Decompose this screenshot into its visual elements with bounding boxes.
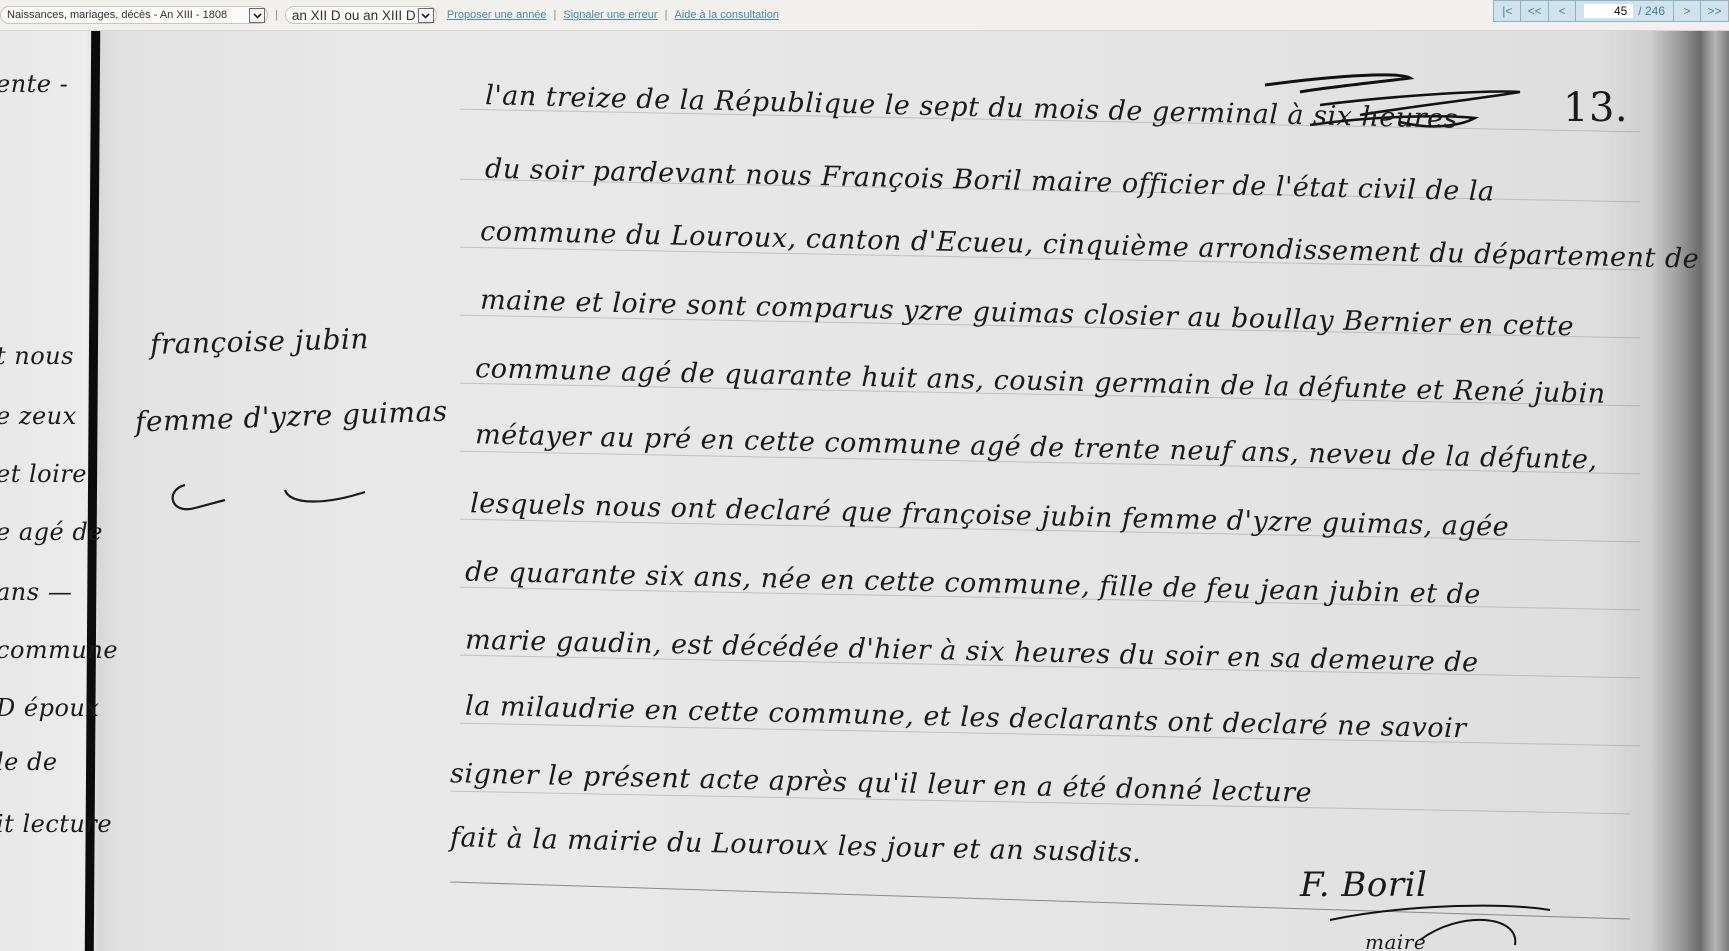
left-page-fragment: e zeux	[0, 402, 77, 430]
separator: |	[275, 9, 278, 21]
next-page-button[interactable]: >	[1674, 1, 1701, 21]
left-page-fragment: D époux	[0, 694, 99, 722]
signature-title: maire	[1365, 930, 1426, 951]
fast-back-button[interactable]: <<	[1521, 1, 1549, 21]
chevron-down-icon[interactable]	[249, 8, 265, 23]
year-select[interactable]: an XII D ou an XIII D	[285, 6, 437, 24]
left-page-fragment: commune	[0, 636, 118, 664]
left-page-fragment: ans —	[0, 578, 72, 606]
propose-year-link[interactable]: Proposer une année	[447, 9, 547, 21]
page-total: / 246	[1638, 4, 1665, 18]
register-select-value: Naissances, mariages, décès - An XIII - …	[7, 9, 247, 21]
folio-number: 13.	[1563, 85, 1628, 131]
left-page-fragment: ente -	[0, 70, 68, 98]
page-navigator: |< << < / 246 > >>	[1493, 0, 1729, 22]
left-page-fragment: e agé de	[0, 518, 103, 546]
page-number-box: / 246	[1576, 1, 1674, 21]
fast-forward-button[interactable]: >>	[1701, 1, 1728, 21]
left-page-fragment: le de	[0, 748, 58, 776]
year-select-value: an XII D ou an XIII D	[292, 8, 420, 23]
page-number-input[interactable]	[1584, 4, 1633, 18]
margin-note-name: françoise jubin	[150, 322, 370, 361]
margin-flourish-icon	[165, 470, 385, 520]
signature-flourish-icon	[1320, 890, 1580, 950]
separator: |	[554, 9, 557, 21]
report-error-link[interactable]: Signaler une erreur	[563, 9, 657, 21]
separator: |	[665, 9, 668, 21]
chevron-down-icon[interactable]	[418, 8, 434, 23]
left-page-fragment: it lecture	[0, 810, 112, 838]
left-page-fragment: et loire	[0, 460, 87, 488]
viewer-toolbar: Naissances, mariages, décès - An XIII - …	[0, 0, 1729, 31]
previous-page-button[interactable]: <	[1549, 1, 1576, 21]
first-page-button[interactable]: |<	[1494, 1, 1521, 21]
document-image-viewer[interactable]: ente - t nous e zeux et loire e agé de a…	[0, 30, 1729, 951]
left-page-fragment: t nous	[0, 342, 74, 370]
help-link[interactable]: Aide à la consultation	[674, 9, 779, 21]
register-select[interactable]: Naissances, mariages, décès - An XIII - …	[0, 6, 268, 24]
